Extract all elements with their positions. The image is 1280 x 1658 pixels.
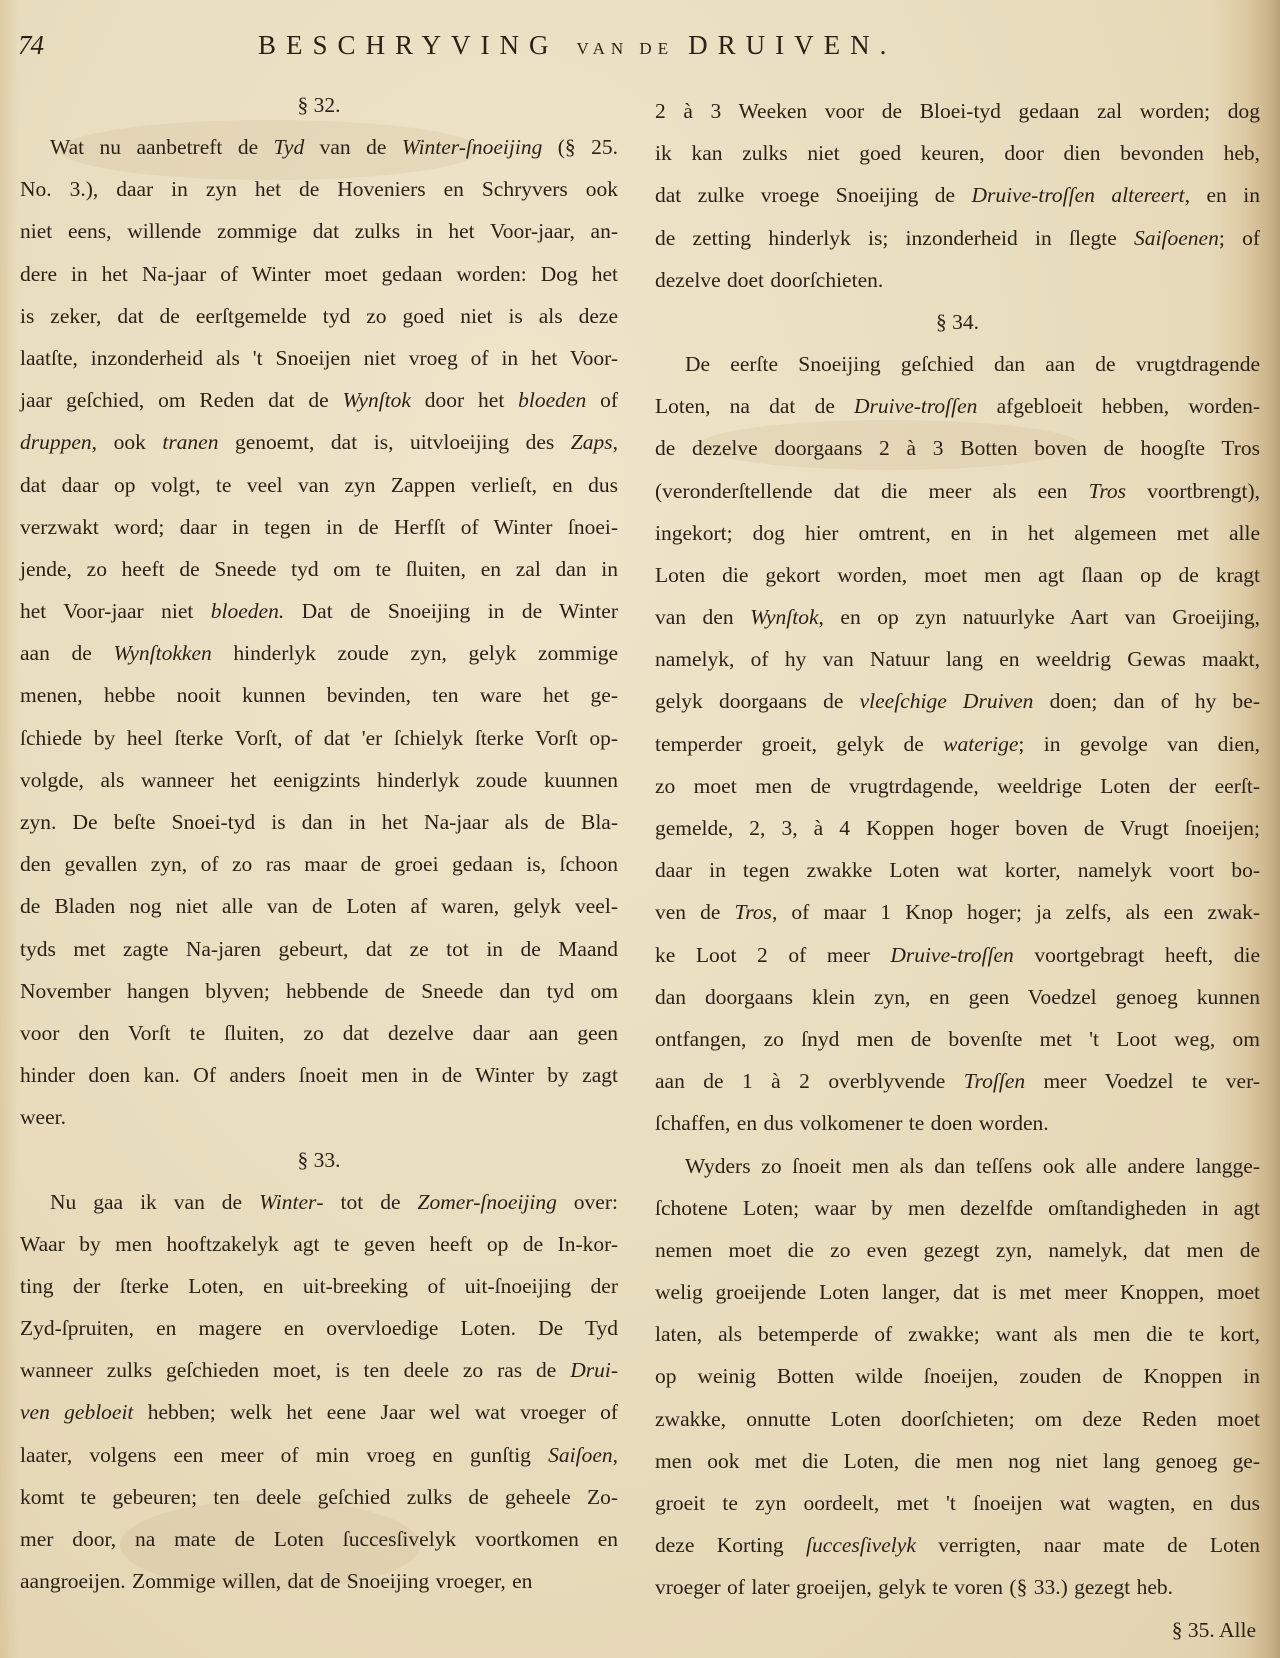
italic-term: ven gebloeit <box>20 1400 133 1424</box>
italic-term: Druive-troſſen <box>854 394 977 418</box>
text-line: het Voor-jaar niet bloeden. Dat de Snoei… <box>20 590 618 632</box>
running-title-part1: BESCHRYVING <box>258 30 559 60</box>
left-column: § 32.Wat nu aanbetreft de Tyd van de Win… <box>20 84 618 1602</box>
text-line: dat daar op volgt, te veel van zyn Zappe… <box>20 464 618 506</box>
text-line: vroeger of later groeijen, gelyk te vore… <box>655 1566 1260 1608</box>
italic-term: Tros <box>734 900 771 924</box>
text-line: laater, volgens een meer of min vroeg en… <box>20 1434 618 1476</box>
text-line: volgde, als wanneer het eenigzints hinde… <box>20 759 618 801</box>
italic-term: Drui- <box>570 1358 618 1382</box>
text-line: ven gebloeit hebben; welk het eene Jaar … <box>20 1391 618 1433</box>
italic-term: Tros <box>1089 479 1126 503</box>
text-line: aan de 1 à 2 overblyvende Troſſen meer V… <box>655 1060 1260 1102</box>
text-line: weer. <box>20 1096 618 1138</box>
italic-term: Winter-ſnoeijing <box>402 135 543 159</box>
text-line: (veronderſtellende dat die meer als een … <box>655 470 1260 512</box>
text-line: ik kan zulks niet goed keuren, door dien… <box>655 132 1260 174</box>
text-line: zo moet men de vrugtrdagende, weeldrige … <box>655 765 1260 807</box>
text-line: Loten, na dat de Druive-troſſen afgebloe… <box>655 385 1260 427</box>
italic-term: Wynſtok <box>750 605 818 629</box>
text-line: jaar geſchied, om Reden dat de Wynſtok d… <box>20 379 618 421</box>
text-line: zyn. De beſte Snoei-tyd is dan in het Na… <box>20 801 618 843</box>
italic-term: Troſſen <box>964 1069 1025 1093</box>
text-line: ke Loot 2 of meer Druive-troſſen voortge… <box>655 934 1260 976</box>
text-line: hinder doen kan. Of anders ſnoeit men in… <box>20 1054 618 1096</box>
text-line: de Bladen nog niet alle van de Loten af … <box>20 885 618 927</box>
italic-term: waterige <box>943 732 1018 756</box>
text-line: Nu gaa ik van de Winter- tot de Zomer-ſn… <box>20 1181 618 1223</box>
text-line: Zyd-ſpruiten, en magere en overvloedige … <box>20 1307 618 1349</box>
text-line: dezelve doet doorſchieten. <box>655 259 1260 301</box>
text-line: ſchiede by heel ſterke Vorſt, of dat 'er… <box>20 717 618 759</box>
text-line: druppen, ook tranen genoemt, dat is, uit… <box>20 421 618 463</box>
text-line: ven de Tros, of maar 1 Knop hoger; ja ze… <box>655 891 1260 933</box>
italic-term: vleeſchige Druiven <box>860 689 1034 713</box>
text-line: welig groeijende Loten langer, dat is me… <box>655 1271 1260 1313</box>
text-line: groeit te zyn oordeelt, met 't ſnoeijen … <box>655 1482 1260 1524</box>
italic-term: ſuccesſivelyk <box>806 1533 916 1557</box>
catchword: § 35. Alle <box>655 1609 1260 1651</box>
italic-term: Winter <box>259 1190 316 1214</box>
italic-term: tranen <box>162 430 218 454</box>
italic-term: Saiſoenen <box>1134 226 1219 250</box>
text-line: nemen moet die zo even gezegt zyn, namel… <box>655 1229 1260 1271</box>
text-line: dat zulke vroege Snoeijing de Druive-tro… <box>655 174 1260 216</box>
text-line: voor den Vorſt te ſluiten, zo dat dezelv… <box>20 1012 618 1054</box>
text-line: jende, zo heeft de Sneede tyd om te ſlui… <box>20 548 618 590</box>
text-line: dere in het Na-jaar of Winter moet gedaa… <box>20 253 618 295</box>
text-line: De eerſte Snoeijing geſchied dan aan de … <box>655 343 1260 385</box>
text-line: ſchaffen, en dus volkomener te doen word… <box>655 1102 1260 1144</box>
text-line: zwakke, onnutte Loten doorſchieten; om d… <box>655 1398 1260 1440</box>
text-line: aangroeijen. Zommige willen, dat de Snoe… <box>20 1560 618 1602</box>
text-line: menen, hebbe nooit kunnen bevinden, ten … <box>20 674 618 716</box>
text-line: den gevallen zyn, of zo ras maar de groe… <box>20 843 618 885</box>
running-head: 74 BESCHRYVINGVAN DEDRUIVEN. <box>0 22 1280 62</box>
text-line: deze Korting ſuccesſivelyk verrigten, na… <box>655 1524 1260 1566</box>
text-line: ontfangen, zo ſnyd men de bovenſte met '… <box>655 1018 1260 1060</box>
italic-term: Wynſtok <box>342 388 410 412</box>
text-line: laten, als betemperde of zwakke; want al… <box>655 1313 1260 1355</box>
italic-term: Druive-troſſen <box>890 943 1013 967</box>
right-column: 2 à 3 Weeken voor de Bloei-tyd gedaan za… <box>655 90 1260 1651</box>
running-title-part2: DRUIVEN. <box>688 30 896 60</box>
italic-term: Saiſoen <box>548 1443 613 1467</box>
italic-term: Zaps <box>571 430 613 454</box>
section-heading: § 33. <box>20 1139 618 1181</box>
text-line: gemelde, 2, 3, à 4 Koppen hoger boven de… <box>655 807 1260 849</box>
text-line: No. 3.), daar in zyn het de Hoveniers en… <box>20 168 618 210</box>
text-line: op weinig Botten wilde ſnoeijen, zouden … <box>655 1355 1260 1397</box>
running-title-small: VAN DE <box>577 39 675 58</box>
section-heading: § 32. <box>20 84 618 126</box>
text-line: de zetting hinderlyk is; inzonderheid in… <box>655 217 1260 259</box>
page-number: 74 <box>18 30 43 61</box>
italic-term: Tyd <box>274 135 305 159</box>
text-line: tyds met zagte Na-jaren gebeurt, dat ze … <box>20 928 618 970</box>
text-line: ſchotene Loten; waar by men dezelfde omſ… <box>655 1187 1260 1229</box>
text-line: laatſte, inzonderheid als 't Snoeijen ni… <box>20 337 618 379</box>
text-line: ting der ſterke Loten, en uit-breeking o… <box>20 1265 618 1307</box>
text-line: gelyk doorgaans de vleeſchige Druiven do… <box>655 680 1260 722</box>
italic-term: bloeden <box>518 388 586 412</box>
text-line: 2 à 3 Weeken voor de Bloei-tyd gedaan za… <box>655 90 1260 132</box>
text-line: komt te gebeuren; ten deele geſchied zul… <box>20 1476 618 1518</box>
text-line: ingekort; dog hier omtrent, en in het al… <box>655 512 1260 554</box>
italic-term: druppen <box>20 430 92 454</box>
italic-term: Druive-troſſen altereert <box>971 183 1184 207</box>
text-line: Wyders zo ſnoeit men als dan teſſens ook… <box>655 1145 1260 1187</box>
italic-term: Wynſtokken <box>113 641 211 665</box>
book-page: 74 BESCHRYVINGVAN DEDRUIVEN. § 32.Wat nu… <box>0 0 1280 1658</box>
text-line: wanneer zulks geſchieden moet, is ten de… <box>20 1349 618 1391</box>
section-heading: § 34. <box>655 301 1260 343</box>
text-line: aan de Wynſtokken hinderlyk zoude zyn, g… <box>20 632 618 674</box>
text-line: verzwakt word; daar in tegen in de Herfſ… <box>20 506 618 548</box>
text-line: is zeker, dat de eerſtgemelde tyd zo goe… <box>20 295 618 337</box>
running-title: BESCHRYVINGVAN DEDRUIVEN. <box>258 30 896 61</box>
text-line: de dezelve doorgaans 2 à 3 Botten boven … <box>655 427 1260 469</box>
text-line: dan doorgaans klein zyn, en geen Voedzel… <box>655 976 1260 1018</box>
text-line: Loten die gekort worden, moet men agt ſl… <box>655 554 1260 596</box>
text-line: Waar by men hooftzakelyk agt te geven he… <box>20 1223 618 1265</box>
text-line: November hangen blyven; hebbende de Snee… <box>20 970 618 1012</box>
text-line: mer door, na mate de Loten ſuccesſivelyk… <box>20 1518 618 1560</box>
text-line: temperder groeit, gelyk de waterige; in … <box>655 723 1260 765</box>
italic-term: bloeden. <box>211 599 284 623</box>
text-line: Wat nu aanbetreft de Tyd van de Winter-ſ… <box>20 126 618 168</box>
text-line: men ook met die Loten, die men nog niet … <box>655 1440 1260 1482</box>
text-line: niet eens, willende zommige dat zulks in… <box>20 210 618 252</box>
text-line: namelyk, of hy van Natuur lang en weeldr… <box>655 638 1260 680</box>
italic-term: Zomer-ſnoeijing <box>418 1190 557 1214</box>
text-line: daar in tegen zwakke Loten wat korter, n… <box>655 849 1260 891</box>
text-line: van den Wynſtok, en op zyn natuurlyke Aa… <box>655 596 1260 638</box>
